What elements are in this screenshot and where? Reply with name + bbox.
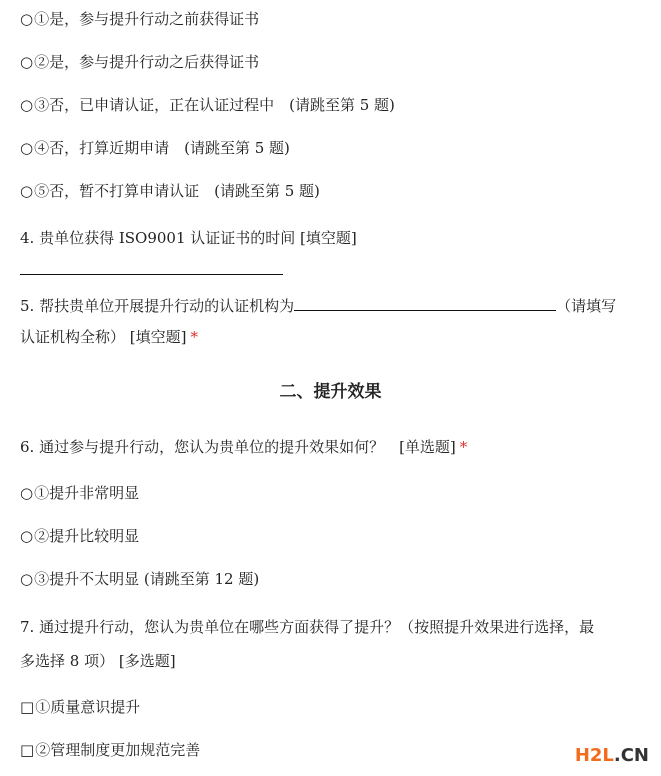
watermark-logo: H2L.CN <box>575 745 649 766</box>
checkbox-option[interactable]: □①质量意识提升 <box>20 697 140 717</box>
checkbox-icon: □ <box>20 740 34 760</box>
radio-option[interactable]: ○③提升不太明显 (请跳至第 12 题) <box>20 569 259 589</box>
radio-icon: ○ <box>20 95 33 115</box>
question-7-line2: 多选择 8 项） [多选题] <box>20 651 176 671</box>
radio-icon: ○ <box>20 569 33 589</box>
radio-icon: ○ <box>20 181 33 201</box>
checkbox-option[interactable]: □②管理制度更加规范完善 <box>20 740 200 760</box>
section-title: 二、提升效果 <box>0 377 661 402</box>
radio-icon: ○ <box>20 138 33 158</box>
question-5-line2: 认证机构全称） [填空题]* <box>20 327 198 347</box>
question-7: 7. 通过提升行动，您认为贵单位在哪些方面获得了提升？（按照提升效果进行选择，最 <box>20 617 594 637</box>
radio-option[interactable]: ○①是，参与提升行动之前获得证书 <box>20 9 259 29</box>
answer-blank[interactable] <box>294 296 556 311</box>
radio-option[interactable]: ○⑤否，暂不打算申请认证 (请跳至第 5 题) <box>20 181 320 201</box>
question-6: 6. 通过参与提升行动，您认为贵单位的提升效果如何？ [单选题]* <box>20 437 467 457</box>
checkbox-icon: □ <box>20 697 34 717</box>
required-marker: * <box>460 438 468 456</box>
radio-option[interactable]: ○②是，参与提升行动之后获得证书 <box>20 52 259 72</box>
radio-icon: ○ <box>20 9 33 29</box>
radio-option[interactable]: ○④否，打算近期申请 (请跳至第 5 题) <box>20 138 290 158</box>
radio-icon: ○ <box>20 526 33 546</box>
answer-blank[interactable] <box>20 274 283 275</box>
required-marker: * <box>190 328 198 346</box>
radio-option[interactable]: ○②提升比较明显 <box>20 526 139 546</box>
radio-icon: ○ <box>20 52 33 72</box>
radio-option[interactable]: ○①提升非常明显 <box>20 483 139 503</box>
question-5: 5. 帮扶贵单位开展提升行动的认证机构为（请填写 <box>20 296 616 316</box>
radio-option[interactable]: ○③否，已申请认证，正在认证过程中 (请跳至第 5 题) <box>20 95 395 115</box>
question-4: 4. 贵单位获得 ISO9001 认证证书的时间 [填空题] <box>20 228 357 248</box>
radio-icon: ○ <box>20 483 33 503</box>
